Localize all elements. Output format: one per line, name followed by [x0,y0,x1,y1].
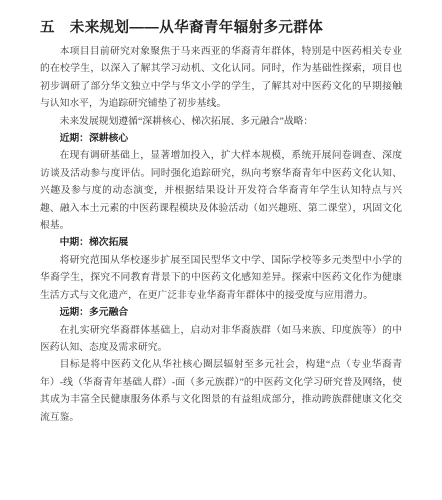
document-page: 五 未来规划——从华裔青年辐射多元群体 本项目目前研究对象聚焦于马来西亚的华裔青… [0,0,442,500]
section-heading: 远期：多元融合 [40,304,402,321]
paragraph: 在现有调研基础上，显著增加投入，扩大样本规模，系统开展问卷调查、深度访谈及活动参… [40,147,402,234]
paragraph: 本项目目前研究对象聚焦于马来西亚的华裔青年群体，特别是中医药相关专业的在校学生，… [40,43,402,113]
paragraph: 在扎实研究华裔群体基础上，启动对非华裔族群（如马来族、印度族等）的中医药认知、态… [40,322,402,357]
paragraph: 目标是将中医药文化从华社核心圈层辐射至多元社会，构建“点（专业华裔青年）-线（华… [40,356,402,426]
paragraph: 将研究范围从华校逐步扩展至国民型华文中学、国际学校等多元类型中小学的华裔学生，探… [40,252,402,304]
section-heading: 中期：梯次拓展 [40,234,402,251]
document-body: 本项目目前研究对象聚焦于马来西亚的华裔青年群体，特别是中医药相关专业的在校学生，… [40,43,402,426]
paragraph: 未来发展规划遵循“深耕核心、梯次拓展、多元融合”战略： [40,113,402,130]
document-title: 五 未来规划——从华裔青年辐射多元群体 [40,19,410,38]
section-heading: 近期：深耕核心 [40,130,402,147]
